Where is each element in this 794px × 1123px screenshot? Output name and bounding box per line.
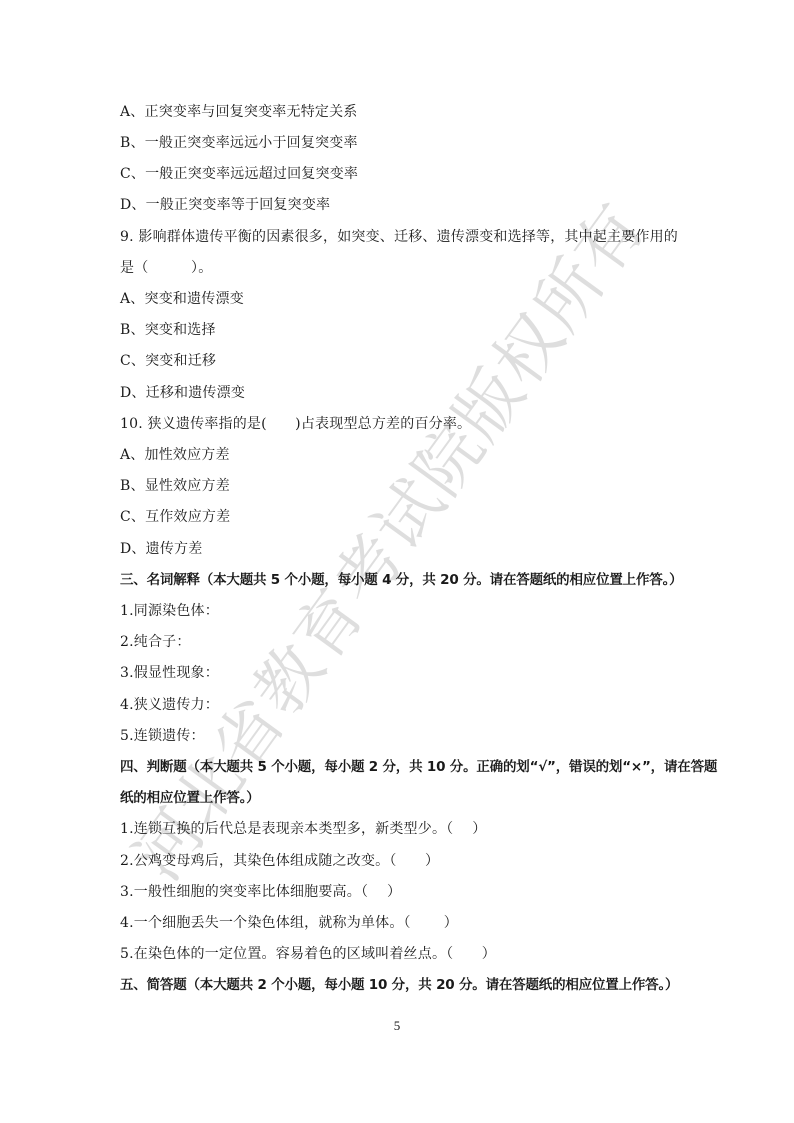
q10-option-d: D、遗传方差 (120, 540, 202, 558)
q9-option-c: C、突变和迁移 (120, 352, 216, 370)
q8-option-b: B、一般正突变率远远小于回复突变率 (120, 134, 358, 152)
q8-option-c: C、一般正突变率远远超过回复突变率 (120, 165, 358, 183)
section4-item-3: 3.一般性细胞的突变率比体细胞要高。（ ） (120, 883, 401, 901)
section3-item-3: 3.假显性现象： (120, 664, 219, 682)
section4-heading-line2: 纸的相应位置上作答。） (120, 789, 260, 807)
q10-option-a: A、加性效应方差 (120, 446, 230, 464)
q9-stem-line2: 是（ ）。 (120, 259, 212, 277)
q8-option-a: A、正突变率与回复突变率无特定关系 (120, 103, 358, 121)
section5-heading: 五、简答题（本大题共 2 个小题，每小题 10 分，共 20 分。请在答题纸的相… (120, 976, 678, 994)
section4-item-1: 1.连锁互换的后代总是表现亲本类型多，新类型少。（ ） (120, 820, 486, 838)
q9-option-d: D、迁移和遗传漂变 (120, 384, 245, 402)
section3-item-4: 4.狭义遗传力： (120, 696, 219, 714)
section4-heading-line1: 四、判断题（本大题共 5 个小题，每小题 2 分，共 10 分。正确的划“√”，… (120, 758, 717, 776)
section4-item-4: 4.一个细胞丢失一个染色体组，就称为单体。（ ） (120, 914, 458, 932)
section3-item-5: 5.连锁遗传： (120, 727, 205, 745)
q9-stem-line1: 9. 影响群体遗传平衡的因素很多，如突变、迁移、遗传漂变和选择等，其中起主要作用… (120, 228, 678, 246)
q10-option-c: C、互作效应方差 (120, 508, 230, 526)
exam-page: 河北省教育考试院版权所有 A、正突变率与回复突变率无特定关系 B、一般正突变率远… (0, 0, 794, 1123)
q9-option-b: B、突变和选择 (120, 321, 216, 339)
section4-item-5: 5.在染色体的一定位置。容易着色的区域叫着丝点。（ ） (120, 945, 496, 963)
page-number: 5 (0, 1018, 794, 1034)
section4-item-2: 2.公鸡变母鸡后，其染色体组成随之改变。（ ） (120, 852, 439, 870)
q8-option-d: D、一般正突变率等于回复突变率 (120, 196, 330, 214)
section3-heading: 三、名词解释（本大题共 5 个小题，每小题 4 分，共 20 分。请在答题纸的相… (120, 571, 682, 589)
section3-item-2: 2.纯合子： (120, 633, 191, 651)
q10-option-b: B、显性效应方差 (120, 477, 230, 495)
q10-stem: 10. 狭义遗传率指的是( )占表现型总方差的百分率。 (120, 415, 471, 433)
section3-item-1: 1.同源染色体： (120, 602, 219, 620)
q9-option-a: A、突变和遗传漂变 (120, 290, 244, 308)
